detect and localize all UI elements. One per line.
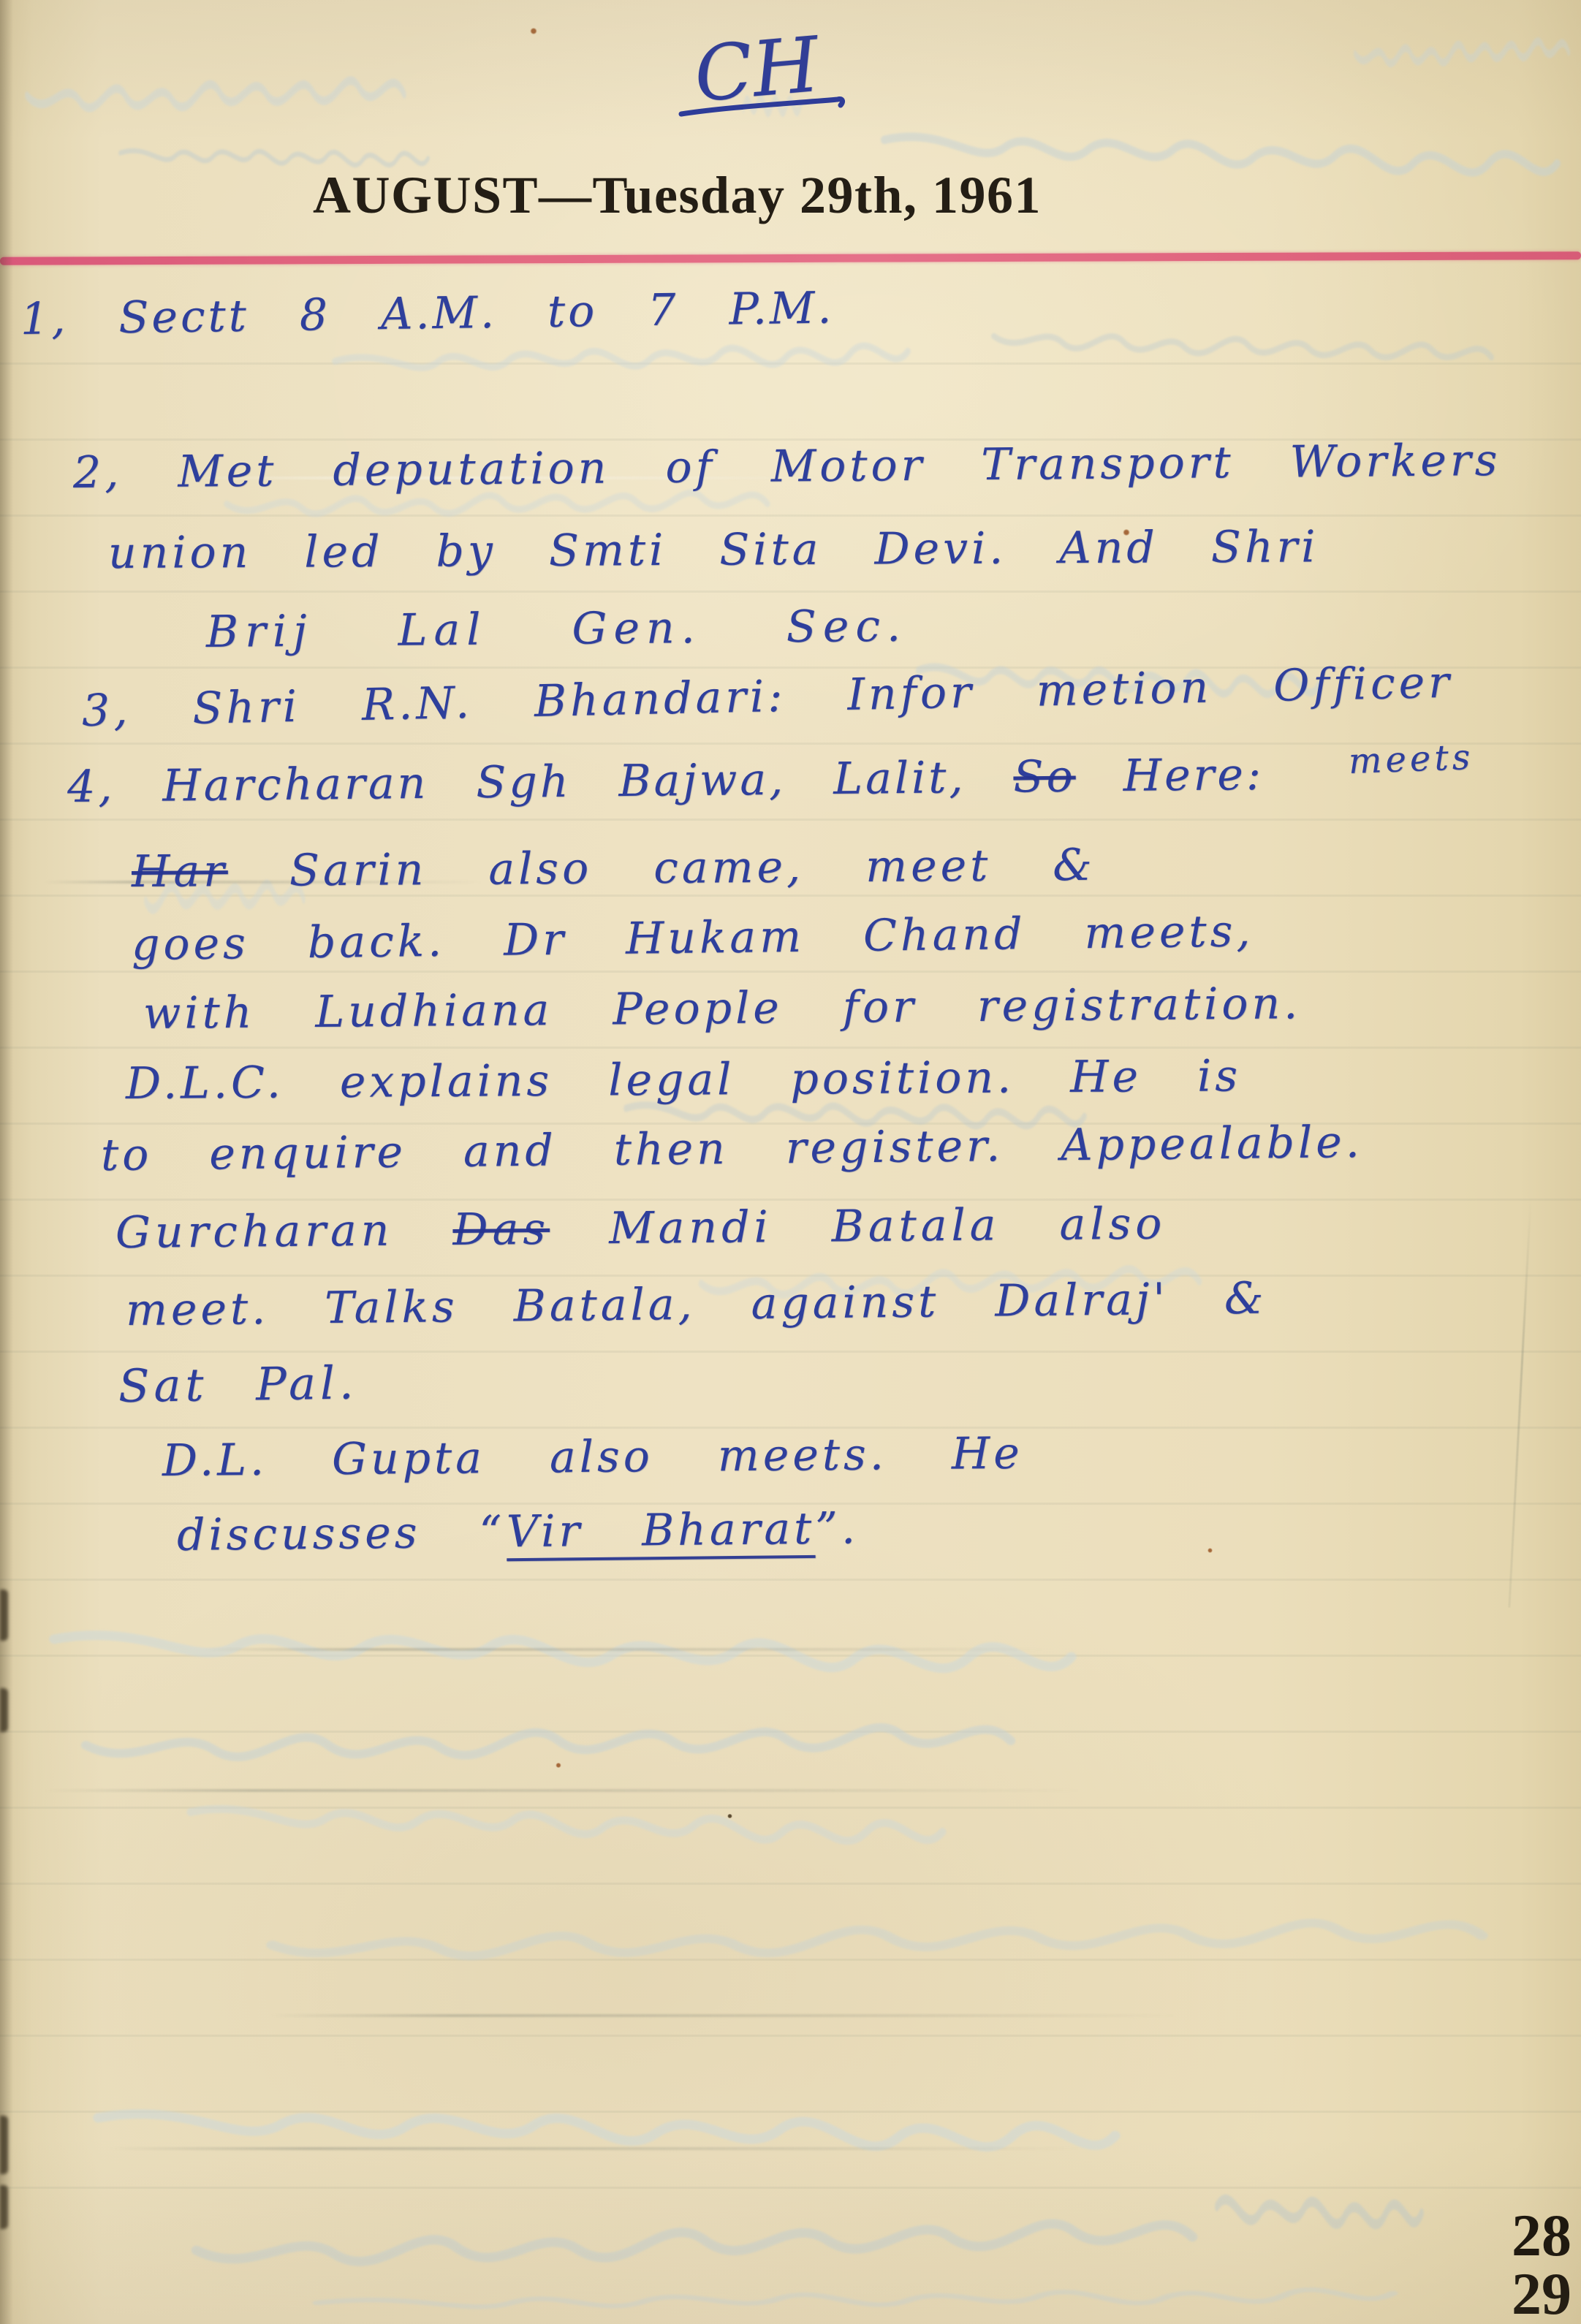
entry-4-line-9: Sat Pal.: [118, 1356, 357, 1413]
entry-4-line-3: goes back. Dr Hukam Chand meets,: [132, 905, 1254, 971]
entry-1-line: 1, Sectt 8 A.M. to 7 P.M.: [20, 282, 835, 345]
ghost-writing: [255, 1886, 1499, 1995]
ghost-writing: [182, 1772, 952, 1872]
pink-rule-line: [0, 251, 1581, 265]
smudge-line: [110, 2147, 1082, 2150]
entry-4-line-2: Har Sarin also came, meet &: [132, 840, 1096, 897]
smudge-line: [205, 1648, 1045, 1651]
entry-4-line-1: 4, Harcharan Sgh Bajwa, Lalit, So Here:: [67, 749, 1265, 813]
paper-speck: [727, 1814, 732, 1818]
ghost-writing: [87, 2070, 1126, 2184]
entry-2-line-2: union led by Smti Sita Devi. And Shri: [108, 521, 1319, 579]
entry-4-line-8: meet. Talks Batala, against Dalraj' &: [126, 1273, 1267, 1336]
page-number-top: 28: [1476, 2206, 1571, 2266]
smudge-line: [270, 2014, 1177, 2017]
entry-4-line-4: with Ludhiana People for registration.: [143, 978, 1302, 1039]
diary-page: CH AUGUST—Tuesday 29th, 1961 1, Sectt 8 …: [0, 0, 1581, 2324]
entry-3-line: 3, Shri R.N. Bhandari: Infor metion Offi…: [81, 657, 1453, 737]
entry-3-insert: meets: [1348, 737, 1474, 782]
date-heading: AUGUST—Tuesday 29th, 1961: [313, 165, 1042, 226]
entry-4-line-1-a: 4, Harcharan Sgh Bajwa, Lalit,: [67, 751, 1014, 813]
paper-speck: [556, 1763, 561, 1768]
binding-edge-shadow: [0, 0, 13, 2324]
entry-4-line-1-b: Here:: [1075, 749, 1264, 802]
entry-4-line-2-a: Sarin also came, meet &: [228, 840, 1096, 897]
entry-4-line-7-b: Mandi Batala also: [550, 1198, 1167, 1254]
ghost-writing: [1058, 2157, 1427, 2257]
entry-4-line-11-b: ”.: [815, 1503, 859, 1554]
paper-speck: [1207, 1548, 1213, 1553]
entry-4-line-7-struck: Das: [452, 1204, 550, 1256]
smudge-line: [44, 1789, 1082, 1792]
entry-4-line-2-struck: Har: [132, 846, 228, 897]
binding-edge-mark: [0, 1590, 8, 1641]
page-number-bottom: 29: [1476, 2264, 1571, 2324]
entry-4-line-5: D.L.C. explains legal position. He is: [126, 1050, 1241, 1109]
smudge-line: [1508, 1199, 1531, 1607]
entry-4-line-7-a: Gurcharan: [115, 1204, 453, 1258]
ghost-writing: [20, 45, 411, 145]
entry-4-line-11-underlined: Vir Bharat: [507, 1503, 816, 1557]
entry-4-line-11: discusses “Vir Bharat”.: [177, 1503, 860, 1561]
header-mark-underline: [678, 94, 846, 124]
entry-4-line-6: to enquire and then register. Appealable…: [101, 1117, 1363, 1181]
ghost-writing: [1351, 12, 1574, 94]
entry-4-line-11-a: discusses “: [177, 1506, 507, 1561]
binding-edge-mark: [0, 1688, 8, 1732]
ghost-writing: [72, 1691, 1024, 1796]
entry-2-line-1: 2, Met deputation of Motor Transport Wor…: [73, 435, 1501, 498]
entry-4-line-1-struck: So: [1013, 751, 1076, 803]
entry-2-line-3: Brij Lal Gen. Sec.: [206, 601, 908, 658]
binding-edge-mark: [0, 2185, 8, 2229]
ghost-writing: [182, 2183, 1207, 2305]
entry-4-line-7: Gurcharan Das Mandi Batala also: [115, 1198, 1167, 1258]
paper-speck: [530, 28, 537, 34]
ghost-writing: [986, 309, 1499, 384]
binding-edge-mark: [0, 2116, 8, 2174]
ghost-writing: [307, 2269, 1404, 2324]
entry-4-line-10: D.L. Gupta also meets. He: [162, 1428, 1023, 1486]
